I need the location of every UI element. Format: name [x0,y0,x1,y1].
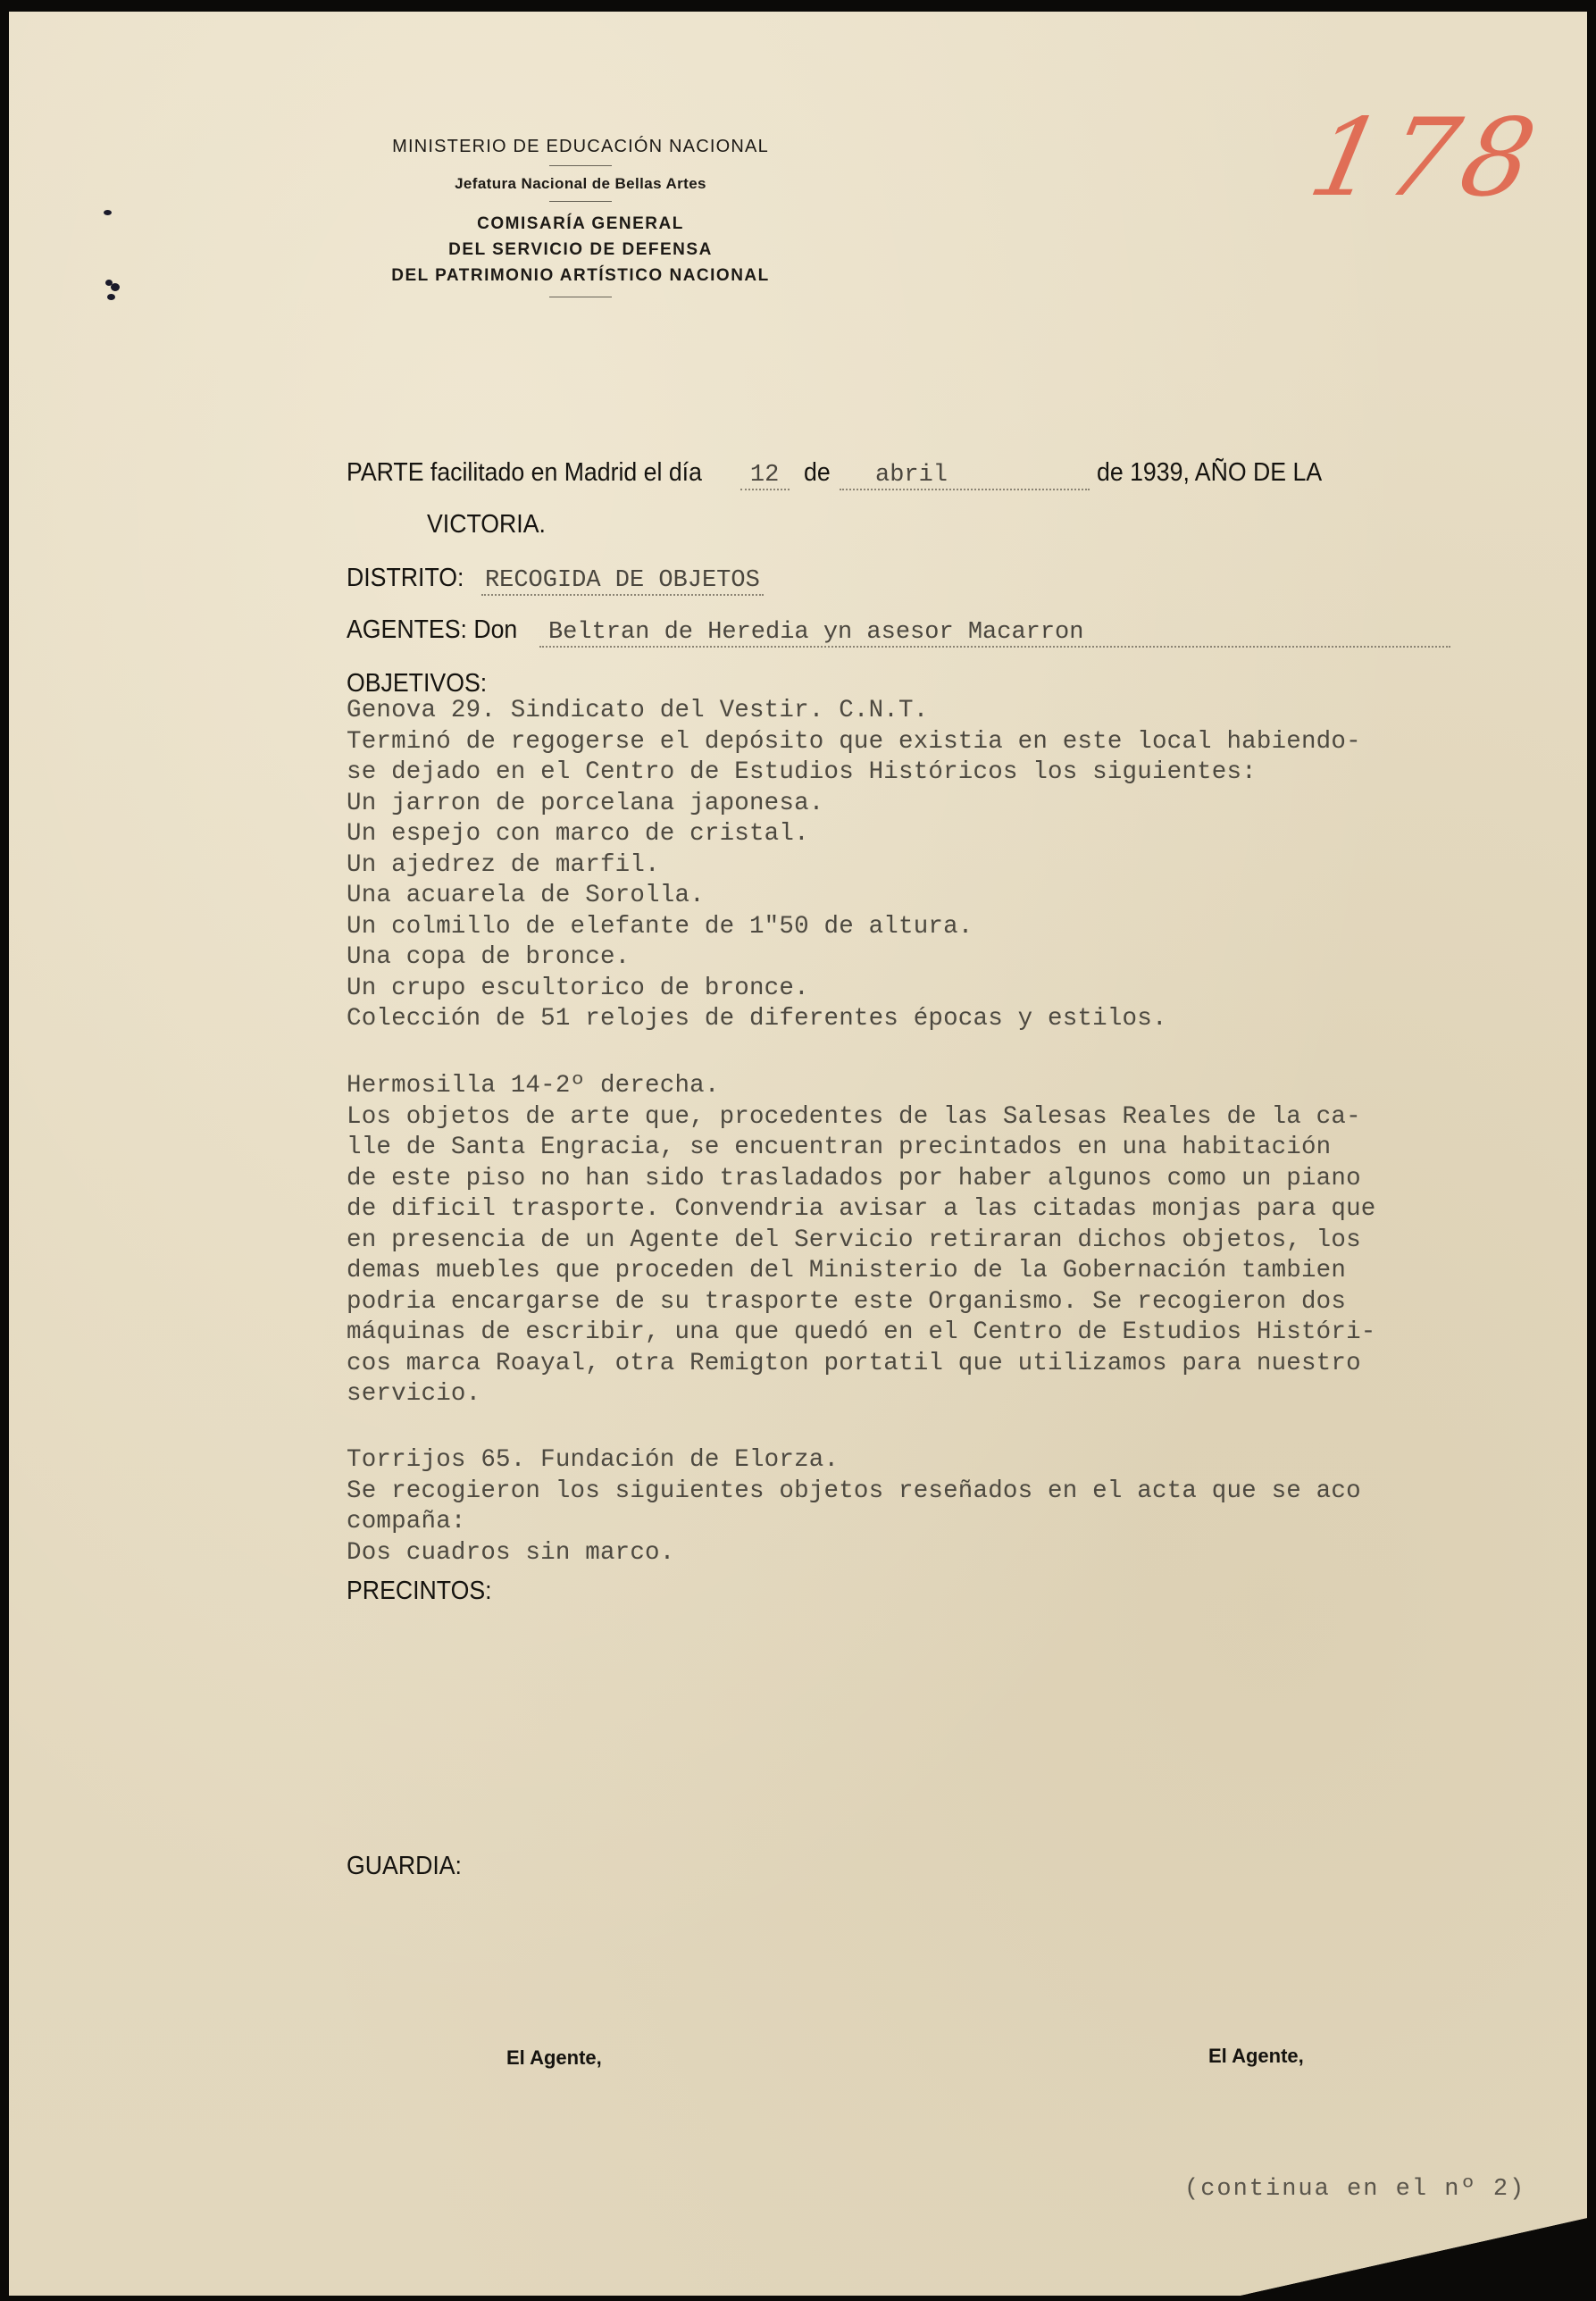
divider [549,201,612,202]
objetivos-section-torrijos: Torrijos 65. Fundación de Elorza.Se reco… [347,1445,1361,1569]
distrito-line: DISTRITO: RECOGIDA DE OBJETOS [347,564,764,596]
typed-line: podria encargarse de su trasporte este O… [347,1287,1376,1318]
typed-line: Un jarron de porcelana japonesa. [347,789,1361,820]
continuation-note: (continua en el nº 2) [1184,2176,1525,2203]
comisaria-line: COMISARÍA GENERAL [339,211,822,237]
typed-line: demas muebles que proceden del Ministeri… [347,1256,1376,1287]
objetivos-label: OBJETIVOS: [347,669,487,699]
victoria-line: VICTORIA. [427,510,556,540]
objetivos-section-hermosilla: Hermosilla 14-2º derecha.Los objetos de … [347,1071,1376,1410]
ministry-title: MINISTERIO DE EDUCACIÓN NACIONAL [339,137,822,157]
typed-line: Una copa de bronce. [347,942,1361,974]
letterhead: MINISTERIO DE EDUCACIÓN NACIONAL Jefatur… [339,137,822,306]
divider [549,165,612,166]
typed-line: Dos cuadros sin marco. [347,1538,1361,1569]
typed-line: Un ajedrez de marfil. [347,850,1361,882]
day-field: 12 [740,462,790,490]
de-label: de [804,458,831,488]
distrito-label: DISTRITO: [347,564,464,593]
typed-line: Se recogieron los siguientes objetos res… [347,1477,1361,1508]
victoria-label: VICTORIA. [427,510,546,540]
comisaria-line: DEL PATRIMONIO ARTÍSTICO NACIONAL [339,263,822,289]
agentes-label: AGENTES: Don [347,615,517,645]
typed-line: en presencia de un Agente del Servicio r… [347,1226,1376,1257]
typed-line: se dejado en el Centro de Estudios Histó… [347,757,1361,789]
typed-line: Terminó de regogerse el depósito que exi… [347,727,1361,758]
precintos-label: PRECINTOS: [347,1577,492,1606]
signature-right: El Agente, [1208,2045,1304,2068]
objetivos-section-genova: Genova 29. Sindicato del Vestir. C.N.T.T… [347,696,1361,1035]
agentes-line: AGENTES: Don Beltran de Heredia yn aseso… [347,615,1450,648]
month-field: abril [840,462,1090,490]
typed-line: Genova 29. Sindicato del Vestir. C.N.T. [347,696,1361,727]
typed-line: servicio. [347,1379,1376,1410]
punch-hole-mark [107,294,115,300]
typed-line: Torrijos 65. Fundación de Elorza. [347,1445,1361,1477]
typed-line: de este piso no han sido trasladados por… [347,1164,1376,1195]
folio-number: 178 [1299,96,1552,221]
typed-line: cos marca Roayal, otra Remigton portatil… [347,1349,1376,1380]
guardia-heading: GUARDIA: [347,1852,472,1881]
typed-line: Un colmillo de elefante de 1"50 de altur… [347,912,1361,943]
date-line: PARTE facilitado en Madrid el día 12 de … [347,458,1341,490]
document-page: MINISTERIO DE EDUCACIÓN NACIONAL Jefatur… [9,12,1587,2296]
punch-hole-mark [111,283,120,291]
objetivos-heading: OBJETIVOS: [347,669,499,699]
typed-line: lle de Santa Engracia, se encuentran pre… [347,1133,1376,1164]
divider [549,297,612,297]
punch-hole-mark [104,210,112,215]
typed-line: máquinas de escribir, una que quedó en e… [347,1318,1376,1349]
precintos-heading: PRECINTOS: [347,1577,505,1606]
signature-left: El Agente, [506,2046,602,2070]
typed-line: Colección de 51 relojes de diferentes ép… [347,1004,1361,1035]
typed-line: de dificil trasporte. Convendria avisar … [347,1194,1376,1226]
comisaria-line: DEL SERVICIO DE DEFENSA [339,237,822,263]
parte-label: PARTE facilitado en Madrid el día [347,458,702,488]
distrito-value: RECOGIDA DE OBJETOS [481,567,764,596]
agentes-value: Beltran de Heredia yn asesor Macarron [539,619,1450,648]
typed-line: compaña: [347,1507,1361,1538]
typed-line: Un crupo escultorico de bronce. [347,974,1361,1005]
typed-line: Un espejo con marco de cristal. [347,819,1361,850]
typed-line: Hermosilla 14-2º derecha. [347,1071,1376,1102]
jefatura-title: Jefatura Nacional de Bellas Artes [339,175,822,193]
typed-line: Los objetos de arte que, procedentes de … [347,1102,1376,1134]
typed-line: Una acuarela de Sorolla. [347,881,1361,912]
year-label: de 1939, AÑO DE LA [1097,458,1322,488]
guardia-label: GUARDIA: [347,1852,462,1881]
